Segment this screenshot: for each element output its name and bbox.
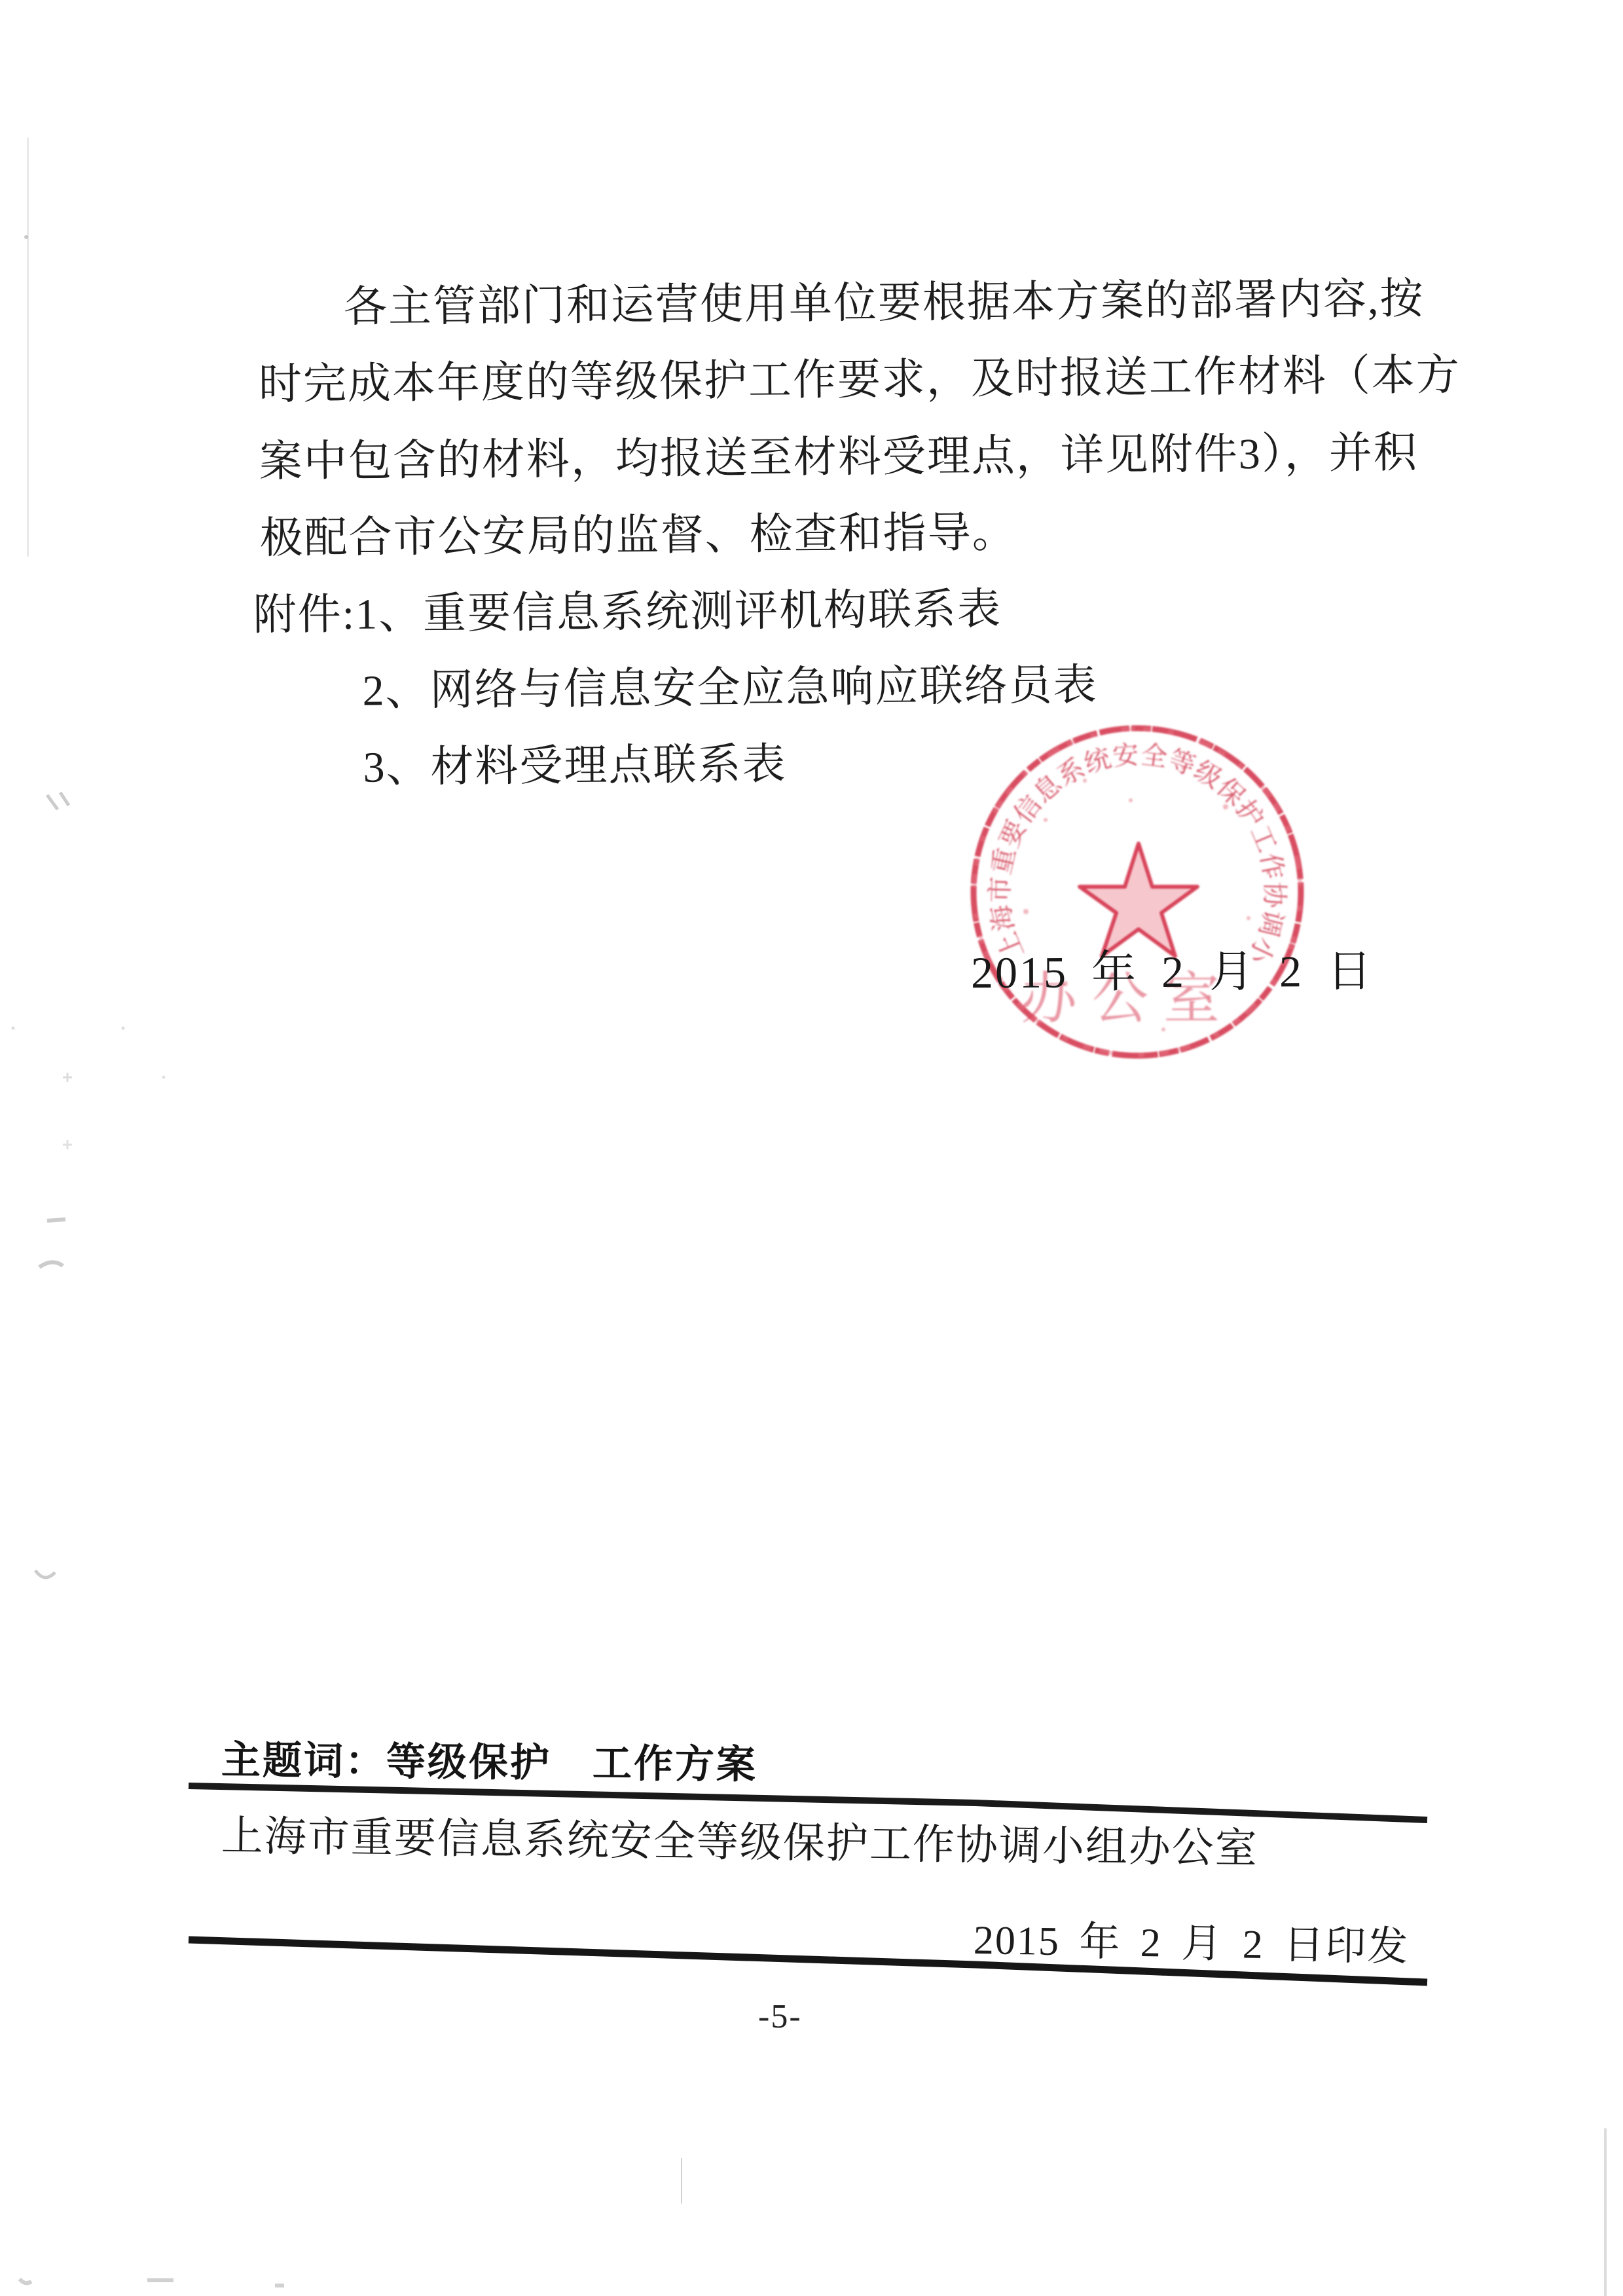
subject-line: 主题词：等级保护 工作方案	[221, 1729, 758, 1790]
attachment-line: 附件:1、重要信息系统测评机构联系表	[253, 583, 1002, 642]
scanned-document-page: 各主管部门和运营使用单位要根据本方案的部署内容,按 时完成本年度的等级保护工作要…	[0, 0, 1623, 2296]
paragraph-line: 案中包含的材料，均报送至材料受理点，详见附件3），并积	[259, 426, 1419, 489]
official-seal: 上海市重要信息系统安全等级保护工作协调小组 办公室	[967, 722, 1307, 1062]
body-text-block: 各主管部门和运营使用单位要根据本方案的部署内容,按 时完成本年度的等级保护工作要…	[0, 0, 1623, 853]
paragraph-line: 各主管部门和运营使用单位要根据本方案的部署内容,按	[344, 272, 1425, 335]
paragraph-line: 时完成本年度的等级保护工作要求，及时报送工作材料（本方	[259, 349, 1461, 412]
page-number: -5-	[758, 1997, 802, 2036]
attachment-line: 2、网络与信息安全应急响应联络员表	[362, 659, 1098, 718]
stamp-date: 2015 年 2 月 2 日	[971, 936, 1374, 1001]
attachment-line: 3、材料受理点联系表	[363, 738, 787, 795]
issuer-line: 上海市重要信息系统安全等级保护工作协调小组办公室	[221, 1802, 1258, 1875]
print-date-line: 2015 年 2 月 2 日印发	[973, 1907, 1410, 1972]
paragraph-line: 极配合市公安局的监督、检查和指导。	[259, 506, 1017, 566]
